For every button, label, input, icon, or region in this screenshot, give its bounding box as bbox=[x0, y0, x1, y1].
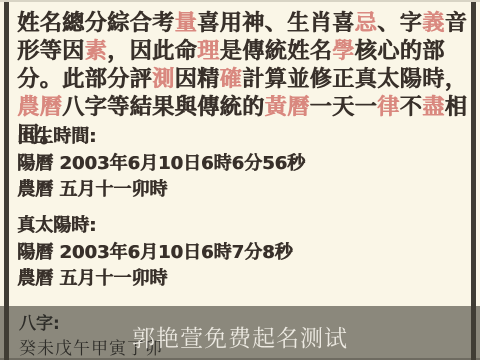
true-solar-time-lunar-line: 農曆 五月十一卯時 bbox=[17, 266, 293, 293]
true-solar-time-label: 真太陽時: bbox=[17, 213, 293, 240]
left-border-line bbox=[4, 0, 9, 360]
name-test-result-page: 姓名總分綜合考量喜用神、生肖喜忌、字義音形等因素，因此命理是傳統姓名學核心的部分… bbox=[0, 0, 480, 360]
top-edge-line bbox=[0, 0, 480, 2]
true-solar-time-section: 真太陽時: 陽曆 2003年6月10日6時7分8秒 農曆 五月十一卯時 bbox=[17, 213, 293, 293]
watermark-text: 郭艳萱免费起名测试 bbox=[0, 320, 480, 353]
birth-time-label: 出生時間: bbox=[17, 124, 305, 151]
birth-time-section: 出生時間: 陽曆 2003年6月10日6時6分56秒 農曆 五月十一卯時 bbox=[17, 124, 305, 204]
birth-time-solar-line: 陽曆 2003年6月10日6時6分56秒 bbox=[17, 151, 305, 178]
bottom-overlay-bar: 八字: 癸未戊午甲寅丁卯 郭艳萱免费起名测试 bbox=[0, 306, 480, 360]
right-border-line bbox=[471, 0, 476, 360]
true-solar-time-solar-line: 陽曆 2003年6月10日6時7分8秒 bbox=[17, 240, 293, 267]
birth-time-lunar-line: 農曆 五月十一卯時 bbox=[17, 177, 305, 204]
